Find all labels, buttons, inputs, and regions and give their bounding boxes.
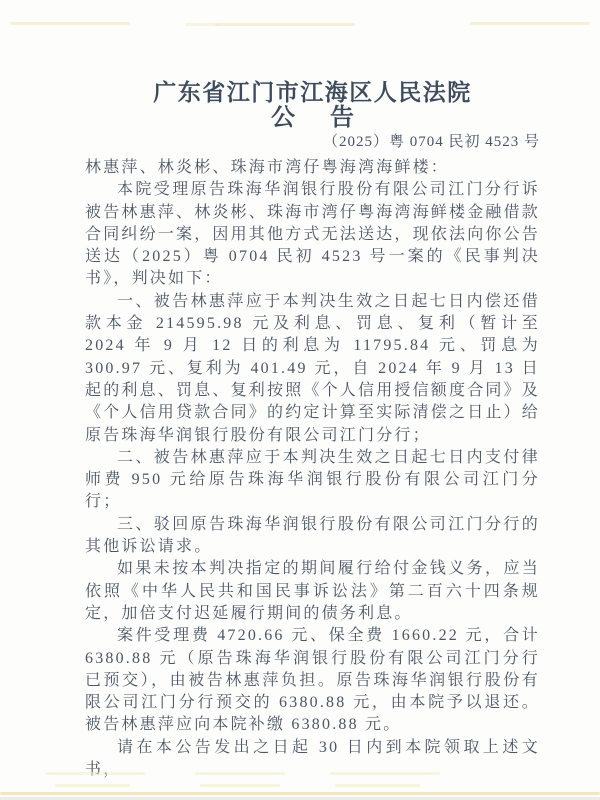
scan-artifact-bottom bbox=[45, 772, 145, 775]
court-name-title: 广东省江门市江海区人民法院 bbox=[85, 80, 540, 105]
scan-artifact-top bbox=[470, 22, 590, 25]
body-paragraph: 如果未按本判决指定的期间履行给付金钱义务，应当依照《中华人民共和国民事诉讼法》第… bbox=[85, 558, 540, 625]
body-paragraph: 案件受理费 4720.66 元、保全费 1660.22 元，合计 6380.88… bbox=[85, 625, 540, 736]
scan-artifact-top bbox=[10, 22, 130, 25]
scanned-court-announcement-page: 广东省江门市江海区人民法院 公告 （2025）粤 0704 民初 4523 号 … bbox=[0, 0, 600, 800]
scan-artifact-bottom bbox=[330, 772, 440, 775]
scan-artifact-top bbox=[215, 23, 355, 26]
scan-artifact-bottom bbox=[0, 792, 600, 795]
addressee-line: 林惠萍、林炎彬、珠海市湾仔粤海湾海鲜楼： bbox=[85, 157, 540, 179]
scan-artifact-bottom bbox=[195, 772, 285, 775]
scan-artifact-bottom bbox=[55, 784, 130, 787]
body-paragraph: 一、被告林惠萍应于本判决生效之日起七日内偿还借款本金 214595.98 元及利… bbox=[85, 291, 540, 447]
body-paragraph: 本院受理原告珠海华润银行股份有限公司江门分行诉被告林惠萍、林炎彬、珠海市湾仔粤海… bbox=[85, 179, 540, 290]
scan-artifact-bottom bbox=[200, 784, 280, 787]
case-number: （2025）粤 0704 民初 4523 号 bbox=[85, 133, 540, 151]
scan-artifact-bottom bbox=[335, 784, 420, 787]
document-content: 广东省江门市江海区人民法院 公告 （2025）粤 0704 民初 4523 号 … bbox=[85, 80, 540, 781]
body-paragraph: 请在本公告发出之日起 30 日内到本院领取上述文书， bbox=[85, 737, 540, 782]
body-paragraph: 二、被告林惠萍应于本判决生效之日起七日内支付律师费 950 元给原告珠海华润银行… bbox=[85, 447, 540, 514]
announcement-body: 林惠萍、林炎彬、珠海市湾仔粤海湾海鲜楼： 本院受理原告珠海华润银行股份有限公司江… bbox=[85, 157, 540, 781]
announcement-title: 公告 bbox=[85, 105, 540, 131]
body-paragraph: 三、驳回原告珠海华润银行股份有限公司江门分行的其他诉讼请求。 bbox=[85, 514, 540, 559]
